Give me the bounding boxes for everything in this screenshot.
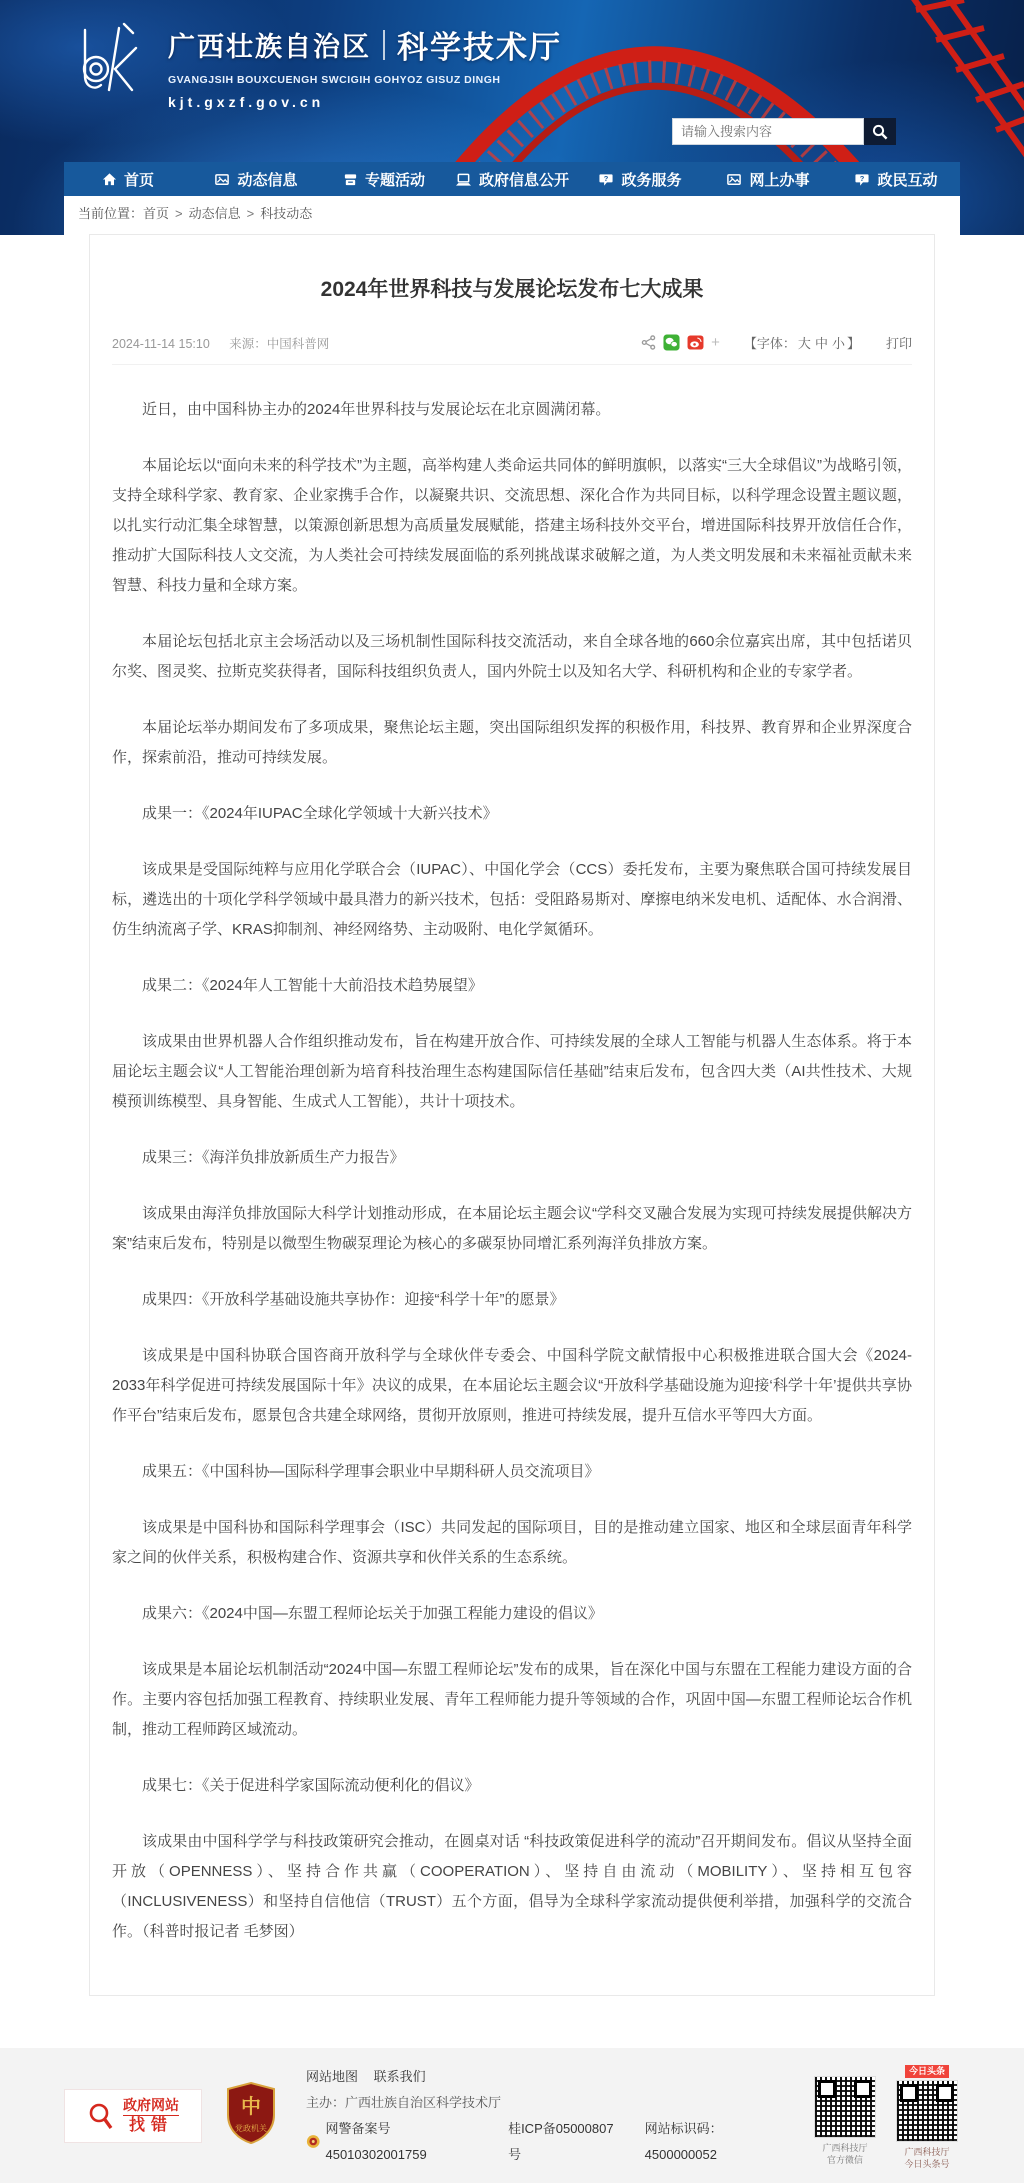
share-icon[interactable] [641, 335, 656, 350]
font-size-widget: 【字体：大中小】 [744, 333, 860, 352]
achievement-heading: 成果二：《2024年人工智能十大前沿技术趋势展望》 [112, 971, 912, 1001]
article-title: 2024年世界科技与发展论坛发布七大成果 [112, 273, 912, 303]
article-paragraph: 该成果是中国科协联合国咨商开放科学与全球伙伴专委会、中国科学院文献情报中心积极推… [112, 1341, 912, 1431]
region-name: 广西壮族自治区 [168, 25, 371, 64]
breadcrumb-link-home[interactable]: 首页 [143, 206, 169, 221]
find-error-line2: 找错 [129, 2117, 173, 2134]
site-url: kjt.gxzf.gov.cn [168, 94, 562, 110]
nav-item-online-affairs[interactable]: 网上办事 [704, 162, 832, 196]
article-body: 近日，由中国科协主办的2024年世界科技与发展论坛在北京圆满闭幕。 本届论坛以“… [112, 395, 912, 1947]
achievement-heading: 成果六：《2024中国—东盟工程师论坛关于加强工程能力建设的倡议》 [112, 1599, 912, 1629]
article-paragraph: 本届论坛包括北京主会场活动以及三场机制性国际科技交流活动，来自全球各地的660余… [112, 627, 912, 687]
contact-link[interactable]: 联系我们 [374, 2069, 426, 2084]
weibo-share-icon[interactable] [687, 335, 704, 350]
article-container: 2024年世界科技与发展论坛发布七大成果 2024-11-14 15:10 来源… [89, 234, 935, 1996]
police-badge-icon [306, 2134, 320, 2149]
article-meta-right: + 【字体：大中小】 打印 [641, 333, 912, 352]
font-size-small[interactable]: 小 [832, 336, 845, 351]
article-paragraph: 本届论坛举办期间发布了多项成果，聚焦论坛主题，突出国际组织发挥的积极作用，科技界… [112, 713, 912, 773]
breadcrumb: 当前位置：首页>动态信息>科技动态 [64, 196, 960, 232]
nav-label: 首页 [124, 169, 154, 190]
breadcrumb-prefix: 当前位置： [78, 206, 143, 221]
record-line: 网警备案号45010302001759 桂ICP备05000807号 网站标识码… [306, 2116, 812, 2168]
breadcrumb-separator: > [175, 206, 183, 221]
achievement-heading: 成果五：《中国科协—国际科学理事会职业中早期科研人员交流项目》 [112, 1457, 912, 1487]
print-button[interactable]: 打印 [886, 333, 912, 352]
footer-links: 网站地图 联系我们 [306, 2064, 812, 2090]
font-widget-close: 】 [847, 336, 860, 351]
nav-label: 网上办事 [749, 169, 809, 190]
svg-text:?: ? [604, 174, 609, 183]
article-paragraph: 该成果是中国科协和国际科学理事会（ISC）共同发起的国际项目，目的是推动建立国家… [112, 1513, 912, 1573]
article-paragraph: 该成果是本届论坛机制活动“2024中国—东盟工程师论坛”发布的成果，旨在深化中国… [112, 1655, 912, 1745]
sitemap-link[interactable]: 网站地图 [306, 2069, 358, 2084]
zhuang-language-name: GVANGJSIH BOUXCUENGH SWCIGIH GOHYOZ GISU… [168, 74, 562, 86]
nav-label: 动态信息 [237, 169, 297, 190]
nav-item-services[interactable]: ? 政务服务 [576, 162, 704, 196]
wechat-qr-caption2: 官方微信 [812, 2154, 878, 2166]
find-error-badge[interactable]: 政府网站 找错 [64, 2089, 202, 2143]
wechat-qr-caption1: 广西科技厅 [812, 2142, 878, 2154]
font-size-medium[interactable]: 中 [815, 336, 828, 351]
search-icon [872, 124, 888, 140]
content-area: 当前位置：首页>动态信息>科技动态 2024年世界科技与发展论坛发布七大成果 2… [64, 196, 960, 2048]
nav-label: 专题活动 [365, 169, 425, 190]
wechat-share-icon[interactable] [663, 334, 680, 351]
toutiao-qr-code [896, 2080, 958, 2142]
search-button[interactable] [864, 118, 896, 145]
toutiao-qr-caption2: 今日头条号 [894, 2158, 960, 2170]
svg-text:?: ? [860, 174, 865, 183]
nav-label: 政府信息公开 [479, 169, 569, 190]
nav-label: 政务服务 [621, 169, 681, 190]
shield-label: 党政机关 [235, 2123, 267, 2133]
archive-icon [343, 172, 358, 187]
nav-item-news[interactable]: 动态信息 [192, 162, 320, 196]
svg-text:中: 中 [241, 2094, 261, 2118]
brand-divider [383, 30, 385, 60]
site-search [672, 118, 896, 145]
dept-logo-icon [72, 22, 150, 98]
magnifier-icon [87, 2101, 115, 2131]
chat-bubble-icon: ? [854, 172, 870, 187]
image-icon [214, 172, 230, 187]
article-paragraph: 该成果由海洋负排放国际大科学计划推动形成，在本届论坛主题会议“学科交叉融合发展为… [112, 1199, 912, 1259]
site-code: 网站标识码：4500000052 [645, 2116, 790, 2168]
wechat-qr-code [814, 2076, 876, 2138]
nav-item-home[interactable]: 首页 [64, 162, 192, 196]
font-size-large[interactable]: 大 [798, 336, 811, 351]
achievement-heading: 成果四：《开放科学基础设施共享协作：迎接“科学十年”的愿景》 [112, 1285, 912, 1315]
site-brand[interactable]: 广西壮族自治区 科学技术厅 GVANGJSIH BOUXCUENGH SWCIG… [72, 22, 562, 110]
achievement-heading: 成果三：《海洋负排放新质生产力报告》 [112, 1143, 912, 1173]
publish-date: 2024-11-14 15:10 [112, 337, 210, 351]
article-paragraph: 近日，由中国科协主办的2024年世界科技与发展论坛在北京圆满闭幕。 [112, 395, 912, 425]
icp-record[interactable]: 桂ICP备05000807号 [508, 2116, 623, 2168]
police-record[interactable]: 网警备案号45010302001759 [325, 2116, 486, 2168]
host-line: 主办：广西壮族自治区科学技术厅 [306, 2090, 812, 2116]
gov-shield-badge[interactable]: 中 党政机关 [224, 2081, 278, 2150]
article-source: 来源：中国科普网 [229, 337, 329, 351]
article-meta: 2024-11-14 15:10 来源：中国科普网 + 【字体：大中小】 打印 [112, 333, 912, 365]
nav-item-topics[interactable]: 专题活动 [320, 162, 448, 196]
article-paragraph: 该成果是受国际纯粹与应用化学联合会（IUPAC）、中国化学会（CCS）委托发布，… [112, 855, 912, 945]
image-icon [726, 172, 742, 187]
find-error-line1: 政府网站 [123, 2097, 179, 2116]
nav-item-gov-info[interactable]: 政府信息公开 [448, 162, 576, 196]
achievement-heading: 成果一：《2024年IUPAC全球化学领域十大新兴技术》 [112, 799, 912, 829]
article-paragraph: 该成果由世界机器人合作组织推动发布，旨在构建开放合作、可持续发展的全球人工智能与… [112, 1027, 912, 1117]
question-bubble-icon: ? [598, 172, 614, 187]
nav-label: 政民互动 [877, 169, 937, 190]
toutiao-tag: 今日头条 [905, 2065, 949, 2078]
search-input[interactable] [672, 118, 864, 145]
home-icon [102, 172, 117, 187]
more-share-icon[interactable]: + [711, 334, 720, 351]
font-widget-open: 【字体： [744, 336, 796, 351]
achievement-heading: 成果七：《关于促进科学家国际流动便利化的倡议》 [112, 1771, 912, 1801]
article-paragraph: 本届论坛以“面向未来的科学技术”为主题，高举构建人类命运共同体的鲜明旗帜，以落实… [112, 451, 912, 601]
breadcrumb-separator: > [247, 206, 255, 221]
page-footer: 政府网站 找错 中 党政机关 网站地图 联系我们 主办：广西壮族自治区科学技术厅 [0, 2048, 1024, 2183]
site-header: 广西壮族自治区 科学技术厅 GVANGJSIH BOUXCUENGH SWCIG… [64, 0, 960, 162]
nav-item-interaction[interactable]: ? 政民互动 [832, 162, 960, 196]
article-paragraph: 该成果由中国科学学与科技政策研究会推动，在圆桌对话 “科技政策促进科学的流动”召… [112, 1827, 912, 1947]
main-nav: 首页 动态信息 专题活动 政府信息公开 ? 政务服务 网上办事 ? 政民互动 [64, 162, 960, 196]
breadcrumb-current: 科技动态 [260, 206, 312, 221]
qr-codes: 广西科技厅 官方微信 今日头条 广西科技厅 今日头条号 [812, 2061, 960, 2170]
article-meta-left: 2024-11-14 15:10 来源：中国科普网 [112, 334, 329, 352]
dept-name: 科学技术厅 [397, 22, 562, 67]
breadcrumb-link-news[interactable]: 动态信息 [189, 206, 241, 221]
toutiao-qr-caption1: 广西科技厅 [894, 2146, 960, 2158]
laptop-icon [455, 172, 472, 187]
